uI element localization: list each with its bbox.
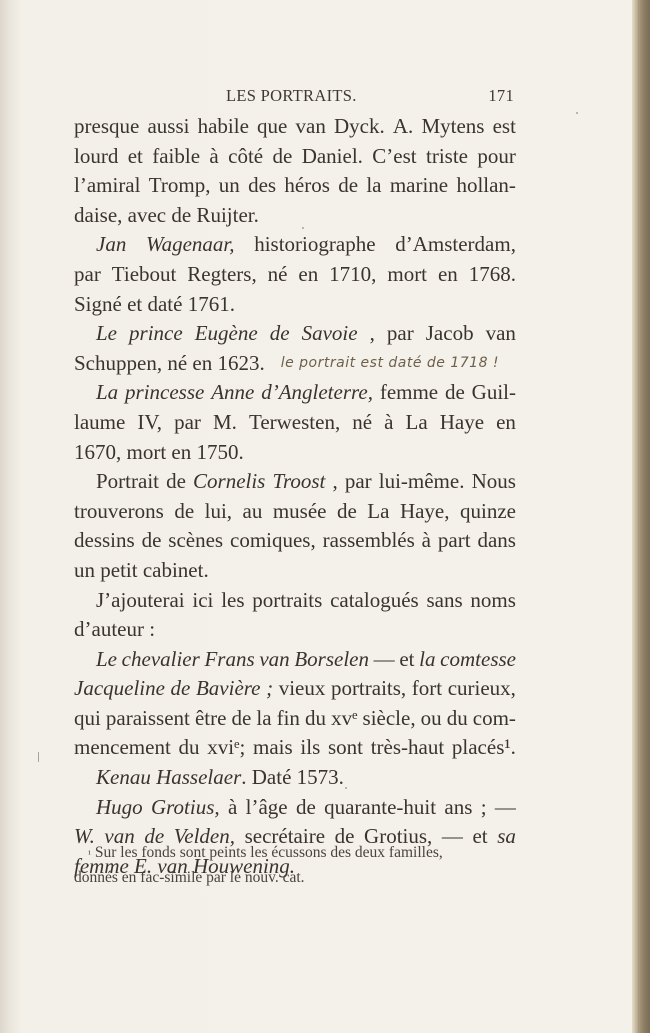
text: Schuppen, né en 1623. [74, 349, 265, 379]
italic-text: Wagenaar, [146, 230, 234, 260]
text: xviᵉ; [207, 733, 245, 763]
text: de [296, 793, 316, 823]
text: Dyck. [334, 112, 385, 142]
text: du [305, 704, 326, 734]
text: presque [74, 112, 139, 142]
text: à [422, 526, 431, 556]
text: aussi [147, 112, 189, 142]
text: — [374, 645, 395, 675]
text: hollan- [456, 171, 515, 201]
italic-text: van [259, 645, 289, 675]
text: lourd [74, 142, 118, 172]
text: vieux [279, 674, 326, 704]
text: de [445, 378, 465, 408]
text: C’est [372, 142, 416, 172]
text: de [337, 497, 357, 527]
text-line: trouveronsdelui,aumuséedeLaHaye,quinze [74, 497, 516, 527]
italic-text: Jan [96, 230, 126, 260]
text: , [332, 467, 337, 497]
text: des [248, 171, 276, 201]
text: scènes [168, 526, 223, 556]
text: daise, avec de Ruijter. [74, 201, 259, 231]
text: triste [426, 142, 468, 172]
text: et [128, 142, 143, 172]
paper-speck [304, 835, 306, 837]
text: mais [253, 733, 293, 763]
italic-text: de [171, 674, 191, 704]
text: faible [152, 142, 200, 172]
italic-text: Cornelis [193, 467, 265, 497]
text: de [174, 497, 194, 527]
text: van [296, 112, 326, 142]
italic-text: prince [129, 319, 183, 349]
text-line: un petit cabinet. [74, 556, 516, 586]
text: , [370, 319, 375, 349]
text: Haye [440, 408, 484, 438]
text-line: dessinsdescènescomiques,rassemblésàpartd… [74, 526, 516, 556]
text: de [272, 142, 292, 172]
text: musée [273, 497, 327, 527]
text-line: 1670, mort en 1750. [74, 438, 516, 468]
text: mort [387, 260, 427, 290]
text-line: JanWagenaar, historiographed’Amsterdam, [74, 230, 516, 260]
text: en [438, 260, 458, 290]
text: ici [192, 586, 213, 616]
text: ils [300, 733, 320, 763]
italic-text: ; [266, 674, 273, 704]
text: les [221, 586, 244, 616]
text: au [243, 497, 263, 527]
text: historiographe [254, 230, 375, 260]
italic-text: d’Angleterre, [261, 378, 373, 408]
text: rassemblés [323, 526, 415, 556]
text: ; [481, 793, 487, 823]
text: habile [198, 112, 249, 142]
text: — [495, 793, 516, 823]
text-line: Schuppen, né en 1623.le portrait est dat… [74, 349, 516, 379]
text: lui-même. [379, 467, 465, 497]
text: 1670, mort en 1750. [74, 438, 244, 468]
text: marine [390, 171, 448, 201]
text: IV, [137, 408, 162, 438]
text: La [406, 408, 428, 438]
text: curieux, [448, 674, 516, 704]
text: né [268, 260, 288, 290]
text: 1710, [329, 260, 376, 290]
text: com- [473, 704, 516, 734]
text-line: laumeIV,parM.Terwesten,néàLaHayeen [74, 408, 516, 438]
text: Daniel. [302, 142, 363, 172]
text-line: LaprincesseAnned’Angleterre, femmedeGuil… [74, 378, 516, 408]
text: que [257, 112, 287, 142]
text: dans [477, 526, 516, 556]
text: part [438, 526, 471, 556]
text: lui, [205, 497, 232, 527]
italic-text: Savoie [302, 319, 358, 349]
text-line: parTieboutRegters,néen1710,morten1768. [74, 260, 516, 290]
italic-text: princesse [125, 378, 204, 408]
italic-text: comtesse [440, 645, 516, 675]
italic-text: Le [96, 645, 117, 675]
text: Terwesten, [249, 408, 340, 438]
text-line: JacquelinedeBavière; vieuxportraits,fort… [74, 674, 516, 704]
text: est [493, 112, 516, 142]
italic-text: Grotius, [151, 793, 220, 823]
text-line: LeprinceEugènedeSavoie,parJacobvan [74, 319, 516, 349]
paper-mark [38, 752, 39, 762]
text: ou [421, 704, 442, 734]
text: sans [426, 586, 462, 616]
text: de [232, 704, 252, 734]
paper-speck [345, 787, 347, 789]
footnote-marker: ¹ [88, 849, 91, 860]
text: qui [74, 704, 101, 734]
text: et [399, 645, 414, 675]
text: Tiebout [112, 260, 177, 290]
page-number: 171 [488, 86, 514, 106]
text: M. [213, 408, 237, 438]
text: du [447, 704, 468, 734]
text-line: LechevalierFransvanBorselen —et lacomtes… [74, 645, 516, 675]
text: ans [444, 793, 472, 823]
text: . Daté 1573. [241, 763, 344, 793]
text-line: HugoGrotius, àl’âgedequarante-huitans;— [74, 793, 516, 823]
text: Mytens [421, 112, 484, 142]
text: du [179, 733, 200, 763]
text: laume [74, 408, 125, 438]
footnote-line-2: donnés en fac-simile par le nouv. cat. [74, 865, 516, 890]
text-line: quiparaissentêtredelafinduxvᵉsiècle,oudu… [74, 704, 516, 734]
text: placés¹. [452, 733, 516, 763]
text-line: lourdetfaibleàcôtédeDaniel.C’esttristepo… [74, 142, 516, 172]
text: xvᵉ [331, 704, 357, 734]
italic-text: Bavière [196, 674, 261, 704]
text: Regters, [187, 260, 256, 290]
italic-text: Jacqueline [74, 674, 165, 704]
text: portraits, [331, 674, 406, 704]
text: J’ajouterai [96, 586, 185, 616]
text: très-haut [371, 733, 444, 763]
text: d’Amsterdam, [395, 230, 516, 260]
text: en [298, 260, 318, 290]
text: sont [328, 733, 363, 763]
text: quinze [460, 497, 516, 527]
body-text: presqueaussihabilequevanDyck.A.Mytensest… [74, 112, 516, 881]
text: femme [380, 378, 438, 408]
text: l’âge [246, 793, 288, 823]
italic-text: Eugène [195, 319, 258, 349]
handwritten-annotation: le portrait est daté de 1718 ! [281, 349, 499, 379]
italic-text: la [419, 645, 435, 675]
text: un [219, 171, 240, 201]
text: catalogués [330, 586, 419, 616]
page-header: LES PORTRAITS. 171 [74, 86, 514, 108]
text: mencement [74, 733, 171, 763]
italic-text: de [270, 319, 290, 349]
italic-text: Hugo [96, 793, 143, 823]
text: Guil- [472, 378, 516, 408]
text: par [387, 319, 414, 349]
page-edge [632, 0, 650, 1033]
text-line: daise, avec de Ruijter. [74, 201, 516, 231]
text: siècle, [363, 704, 416, 734]
running-title: LES PORTRAITS. [226, 86, 357, 106]
text: par [345, 467, 372, 497]
text: Nous [472, 467, 516, 497]
italic-text: Troost [272, 467, 325, 497]
text: Haye, [400, 497, 450, 527]
text: trouverons [74, 497, 164, 527]
text: à [228, 793, 237, 823]
text-line: l’amiralTromp,undeshérosdelamarinehollan… [74, 171, 516, 201]
text: noms [470, 586, 516, 616]
text: en [496, 408, 516, 438]
text: comiques, [230, 526, 316, 556]
text: la [256, 704, 271, 734]
paper-speck [576, 112, 578, 114]
footnote-line-1: Sur les fonds sont peints les écussons d… [95, 844, 443, 861]
italic-text: Kenau Hasselaer [96, 763, 241, 793]
text: van [486, 319, 516, 349]
text: né [352, 408, 372, 438]
text: de [338, 171, 358, 201]
text-line: Portraitde CornelisTroost,parlui-même.No… [74, 467, 516, 497]
text-line: d’auteur : [74, 615, 516, 645]
italic-text: chevalier [122, 645, 200, 675]
text-line: Kenau Hasselaer. Daté 1573. [74, 763, 516, 793]
text: de [142, 526, 162, 556]
text: par [174, 408, 201, 438]
page-edge-line [638, 0, 640, 1033]
text: fort [412, 674, 442, 704]
text: Portrait [96, 467, 159, 497]
text: l’amiral [74, 171, 140, 201]
text: à [209, 142, 218, 172]
text: portraits [252, 586, 322, 616]
text: Jacob [426, 319, 474, 349]
italic-text: Le [96, 319, 117, 349]
text-line: Signé et daté 1761. [74, 290, 516, 320]
text: à [384, 408, 393, 438]
paper-speck [302, 227, 304, 229]
text: dessins [74, 526, 135, 556]
text: être [195, 704, 226, 734]
text: quarante-huit [324, 793, 436, 823]
text: paraissent [106, 704, 190, 734]
italic-text: Frans [204, 645, 254, 675]
text: A. [393, 112, 413, 142]
text-line: J’ajouteraiicilesportraitscataloguéssans… [74, 586, 516, 616]
text-line: mencementduxviᵉ;maisilssonttrès-hautplac… [74, 733, 516, 763]
italic-text: Anne [211, 378, 254, 408]
text: par [74, 260, 101, 290]
text: La [367, 497, 389, 527]
text: pour [477, 142, 516, 172]
text: côté [228, 142, 263, 172]
text: héros [284, 171, 330, 201]
italic-text: La [96, 378, 118, 408]
footnote: ¹ Sur les fonds sont peints les écussons… [74, 840, 516, 890]
text: la [366, 171, 381, 201]
text: Signé et daté 1761. [74, 290, 235, 320]
text: 1768. [469, 260, 516, 290]
text: Tromp, [149, 171, 211, 201]
text: un petit cabinet. [74, 556, 209, 586]
text: de [166, 467, 186, 497]
italic-text: Borselen [294, 645, 369, 675]
text-line: presqueaussihabilequevanDyck.A.Mytensest [74, 112, 516, 142]
text: fin [277, 704, 300, 734]
text: d’auteur : [74, 615, 155, 645]
